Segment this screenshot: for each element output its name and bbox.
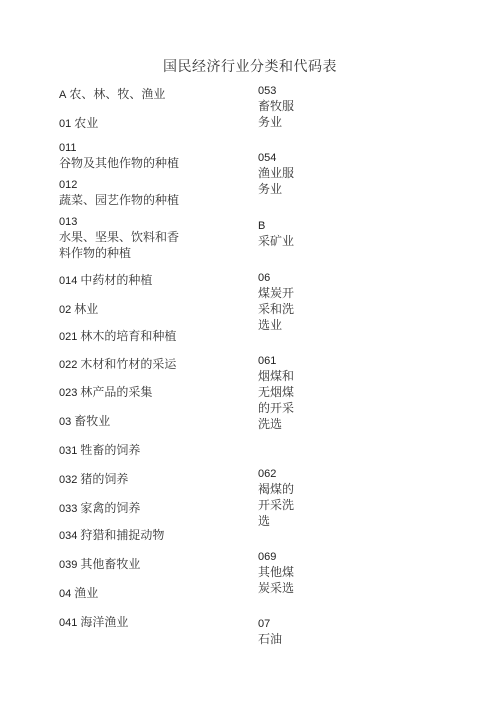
industry-entry-013: 013水果、坚果、饮料和香料作物的种植: [59, 215, 185, 261]
industry-entry-041: 041海洋渔业: [59, 614, 239, 631]
industry-code: 013: [59, 215, 182, 229]
industry-name: 猪的饲养: [80, 472, 128, 486]
industry-entry-A: A农、林、牧、渔业: [59, 86, 239, 103]
industry-name: 水果、坚果、饮料和香料作物的种植: [59, 229, 185, 261]
industry-code: 014: [59, 275, 77, 287]
industry-code: A: [59, 89, 66, 101]
industry-entry-014: 014中药材的种植: [59, 272, 239, 289]
industry-name: 牲畜的饲养: [80, 443, 140, 457]
industry-code: 061: [258, 354, 294, 368]
industry-code: 023: [59, 387, 77, 399]
industry-name: 谷物及其他作物的种植: [59, 155, 239, 171]
industry-code: 034: [59, 530, 77, 542]
industry-entry-069: 069其他煤炭采选: [258, 550, 294, 596]
industry-entry-B: B采矿业: [258, 219, 294, 249]
industry-code: B: [258, 219, 294, 233]
industry-name: 林业: [74, 302, 98, 316]
industry-entry-053: 053畜牧服务业: [258, 84, 294, 130]
industry-entry-061: 061烟煤和无烟煤的开采洗选: [258, 354, 294, 432]
industry-name: 木材和竹材的采运: [80, 357, 176, 371]
industry-entry-023: 023林产品的采集: [59, 384, 239, 401]
industry-entry-012: 012蔬菜、园艺作物的种植: [59, 178, 239, 208]
industry-code: 07: [258, 617, 294, 631]
industry-name: 煤炭开采和洗选业: [258, 285, 294, 333]
document-title: 国民经济行业分类和代码表: [0, 56, 500, 76]
industry-code: 039: [59, 559, 77, 571]
industry-name: 农、林、牧、渔业: [69, 87, 165, 101]
industry-entry-01: 01农业: [59, 115, 239, 132]
industry-name: 石油: [258, 631, 294, 647]
industry-name: 林木的培育和种植: [80, 329, 176, 343]
industry-code: 069: [258, 550, 294, 564]
industry-entry-032: 032猪的饲养: [59, 471, 239, 488]
industry-entry-06: 06煤炭开采和洗选业: [258, 271, 294, 333]
industry-name: 农业: [74, 116, 98, 130]
industry-name: 采矿业: [258, 233, 294, 249]
industry-code: 041: [59, 617, 77, 629]
industry-code: 033: [59, 503, 77, 515]
industry-entry-031: 031牲畜的饲养: [59, 442, 239, 459]
industry-code: 02: [59, 304, 71, 316]
industry-code: 062: [258, 467, 294, 481]
industry-code: 031: [59, 445, 77, 457]
industry-entry-03: 03畜牧业: [59, 413, 239, 430]
industry-name: 中药材的种植: [80, 273, 152, 287]
industry-entry-033: 033家禽的饲养: [59, 500, 239, 517]
industry-code: 06: [258, 271, 294, 285]
industry-name: 蔬菜、园艺作物的种植: [59, 192, 239, 208]
industry-name: 家禽的饲养: [80, 501, 140, 515]
industry-name: 渔业服务业: [258, 165, 294, 197]
industry-code: 032: [59, 474, 77, 486]
industry-entry-011: 011谷物及其他作物的种植: [59, 141, 239, 171]
industry-name: 其他煤炭采选: [258, 564, 294, 596]
industry-code: 03: [59, 416, 71, 428]
industry-entry-07: 07石油: [258, 617, 294, 647]
industry-name: 烟煤和无烟煤的开采洗选: [258, 368, 294, 432]
industry-code: 053: [258, 84, 294, 98]
industry-code: 022: [59, 359, 77, 371]
industry-name: 褐煤的开采洗选: [258, 481, 294, 529]
industry-name: 渔业: [74, 586, 98, 600]
industry-code: 054: [258, 151, 294, 165]
industry-entry-021: 021林木的培育和种植: [59, 328, 239, 345]
industry-entry-034: 034狩猎和捕捉动物: [59, 527, 239, 544]
industry-name: 海洋渔业: [80, 615, 128, 629]
industry-code: 012: [59, 178, 236, 192]
industry-name: 狩猎和捕捉动物: [80, 528, 164, 542]
industry-entry-062: 062褐煤的开采洗选: [258, 467, 294, 529]
industry-code: 01: [59, 118, 71, 130]
industry-entry-02: 02林业: [59, 301, 239, 318]
industry-code: 021: [59, 331, 77, 343]
industry-name: 林产品的采集: [80, 385, 152, 399]
industry-name: 其他畜牧业: [80, 557, 140, 571]
industry-entry-039: 039其他畜牧业: [59, 556, 239, 573]
industry-name: 畜牧服务业: [258, 98, 294, 130]
industry-code: 04: [59, 588, 71, 600]
industry-entry-022: 022木材和竹材的采运: [59, 356, 239, 373]
industry-code: 011: [59, 141, 236, 155]
industry-name: 畜牧业: [74, 414, 110, 428]
industry-entry-04: 04渔业: [59, 585, 239, 602]
industry-entry-054: 054渔业服务业: [258, 151, 294, 197]
